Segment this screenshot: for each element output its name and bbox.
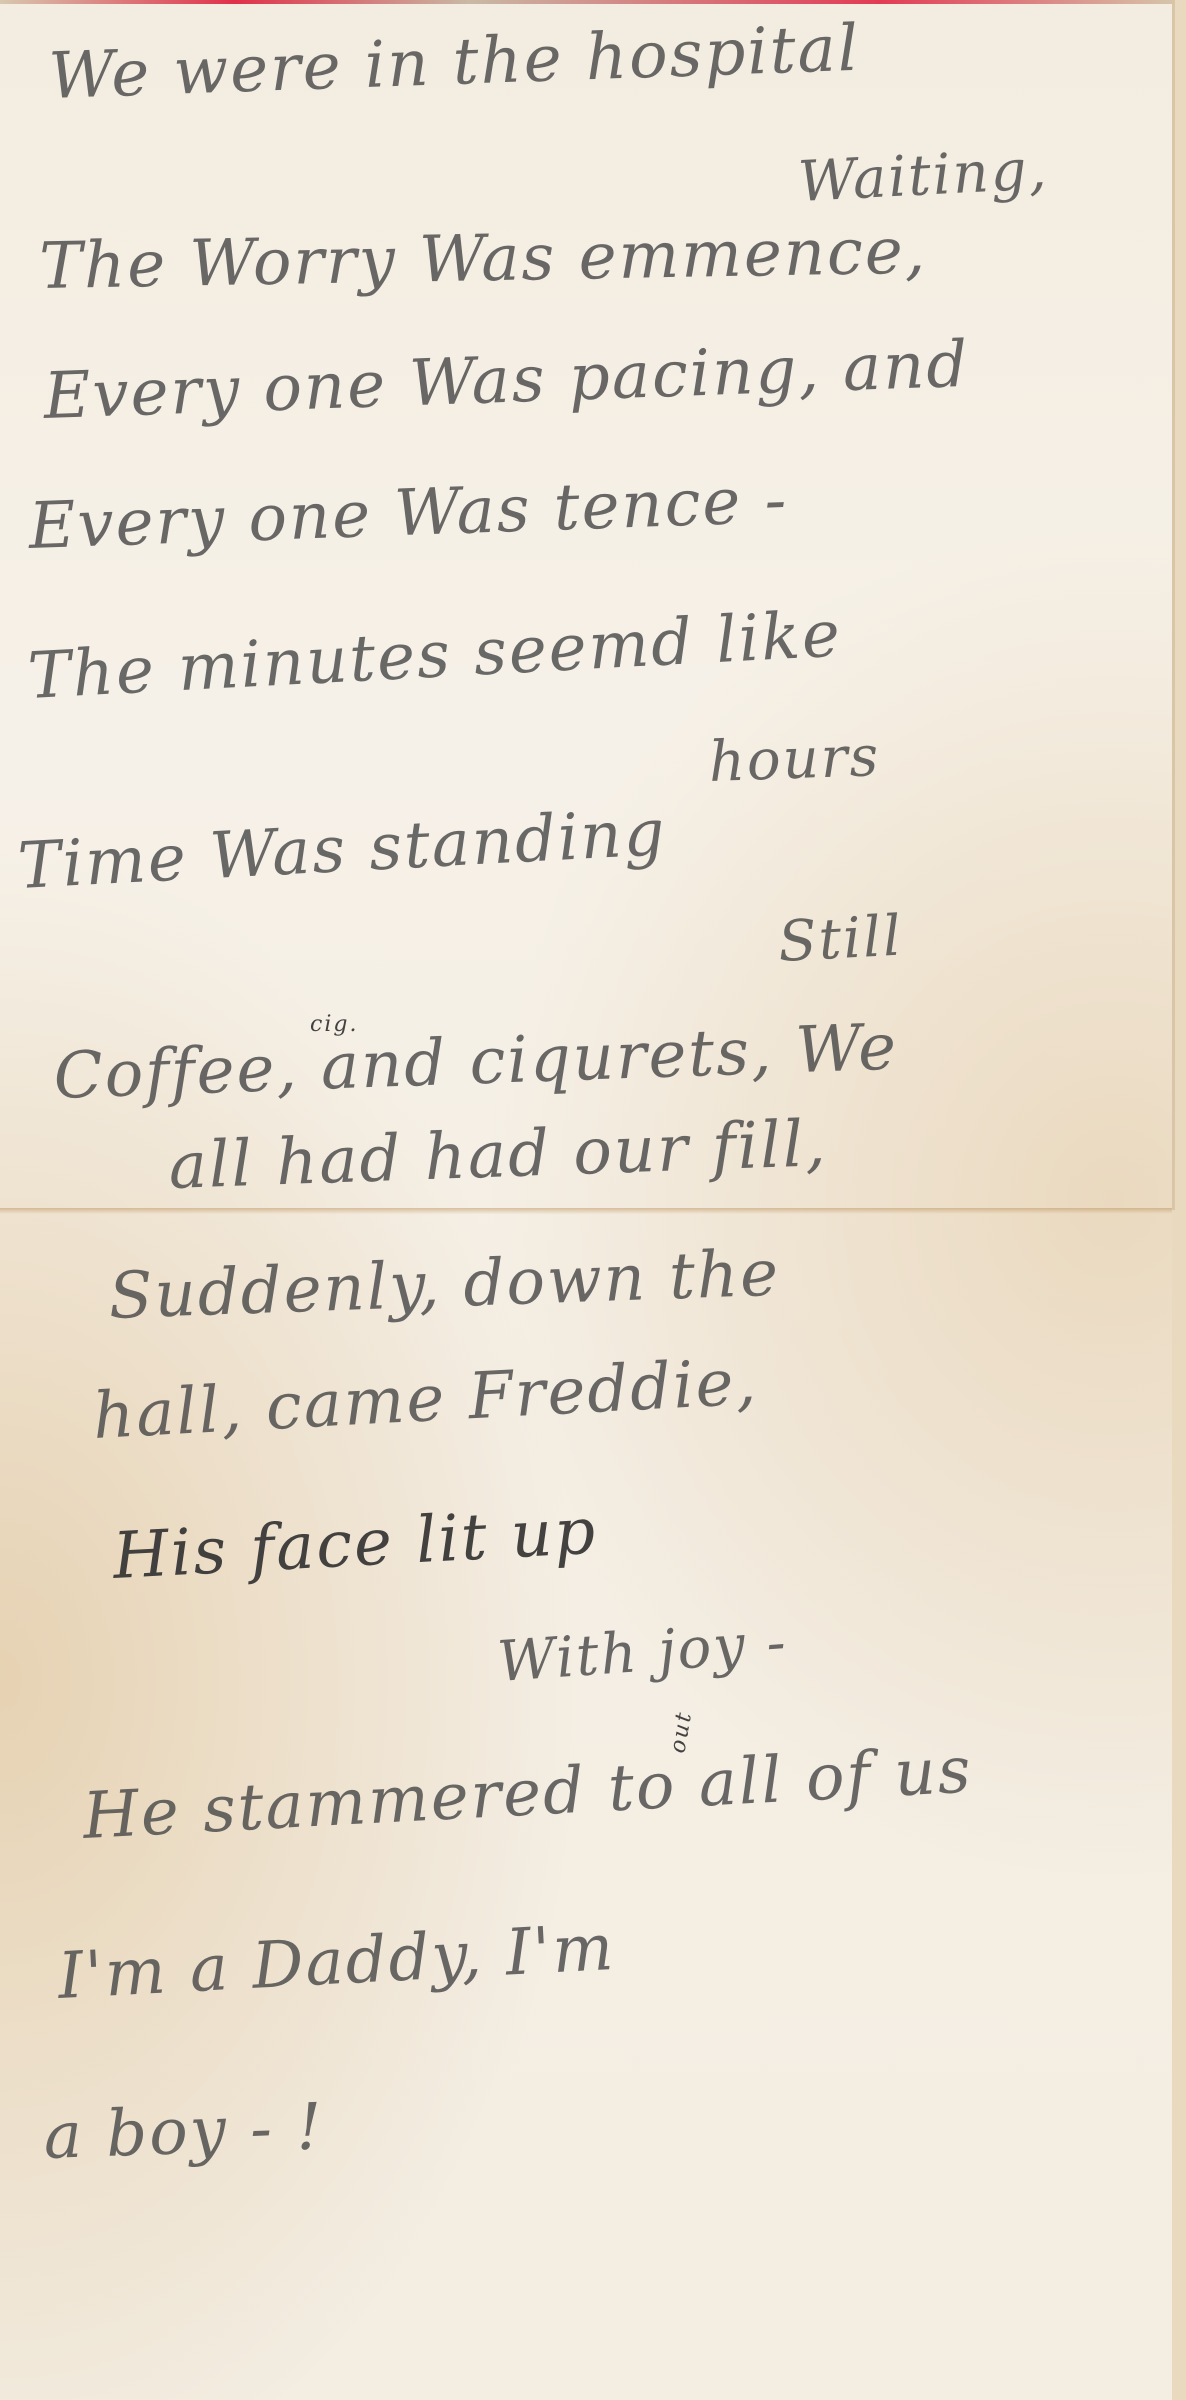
red-top-strip [0,0,1172,4]
poem-line: a boy - ! [42,2090,325,2174]
poem-line: The Worry Was emmence, [39,215,928,304]
fold-crease [0,1208,1172,1214]
poem-line: Waiting, [797,137,1050,215]
poem-line: Still [777,904,905,975]
poem-line: hours [708,724,882,795]
